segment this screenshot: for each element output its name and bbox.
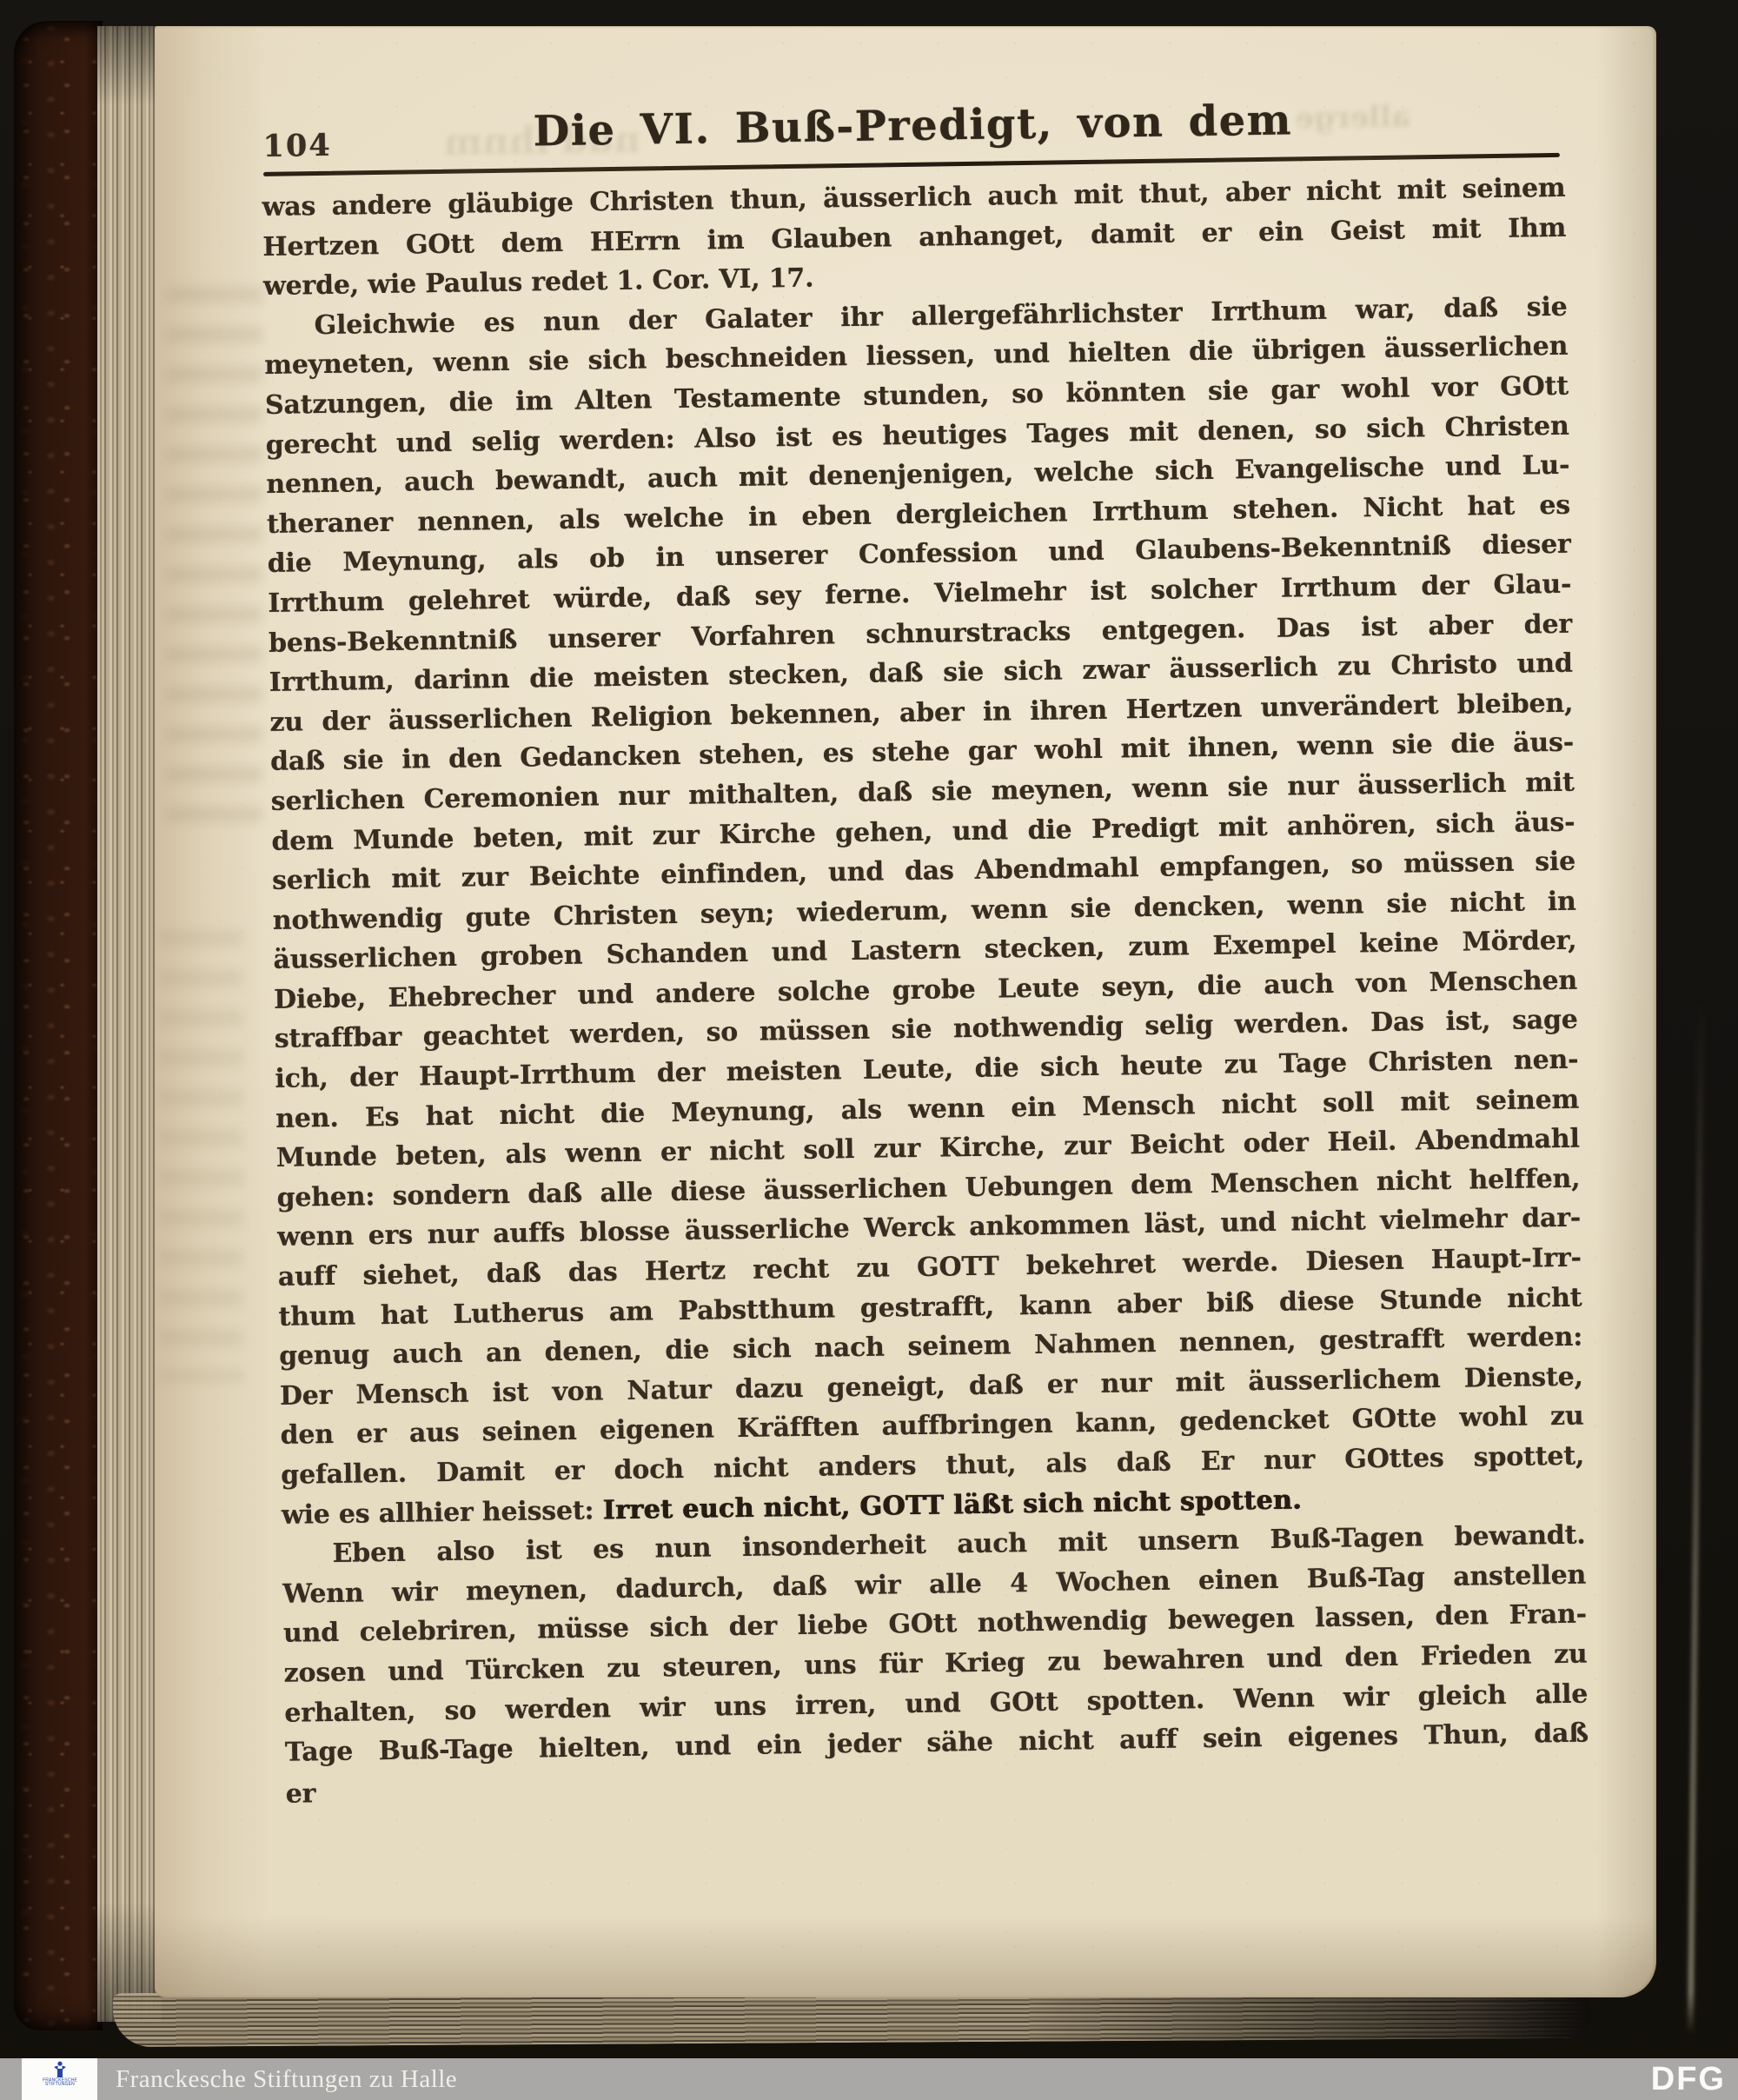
viewer-footer-bar: FRANCKESCHE STIFTUNGEN Franckesche Stift… (0, 2058, 1738, 2100)
page-edge-stack-left (97, 26, 162, 2022)
dfg-logo: DFG (1651, 2061, 1726, 2098)
bleed-through-smudge (167, 287, 262, 843)
franckesche-emblem-icon (50, 2061, 70, 2078)
page-edge-highlight (1688, 1000, 1704, 2034)
bleed-through-smudge (160, 930, 243, 1382)
institution-label: Franckesche Stiftungen zu Halle (116, 2065, 457, 2094)
book-spine-leather (14, 21, 103, 2030)
franckesche-logo: FRANCKESCHE STIFTUNGEN (22, 2058, 97, 2100)
body-text: was andere gläubige Christen thun, äusse… (262, 169, 1589, 1817)
logo-microtext: FRANCKESCHE STIFTUNGEN (43, 2078, 77, 2086)
book-scan-viewer: nud ihnm allerge 104 Die VI. Buß-Predigt… (0, 0, 1738, 2100)
